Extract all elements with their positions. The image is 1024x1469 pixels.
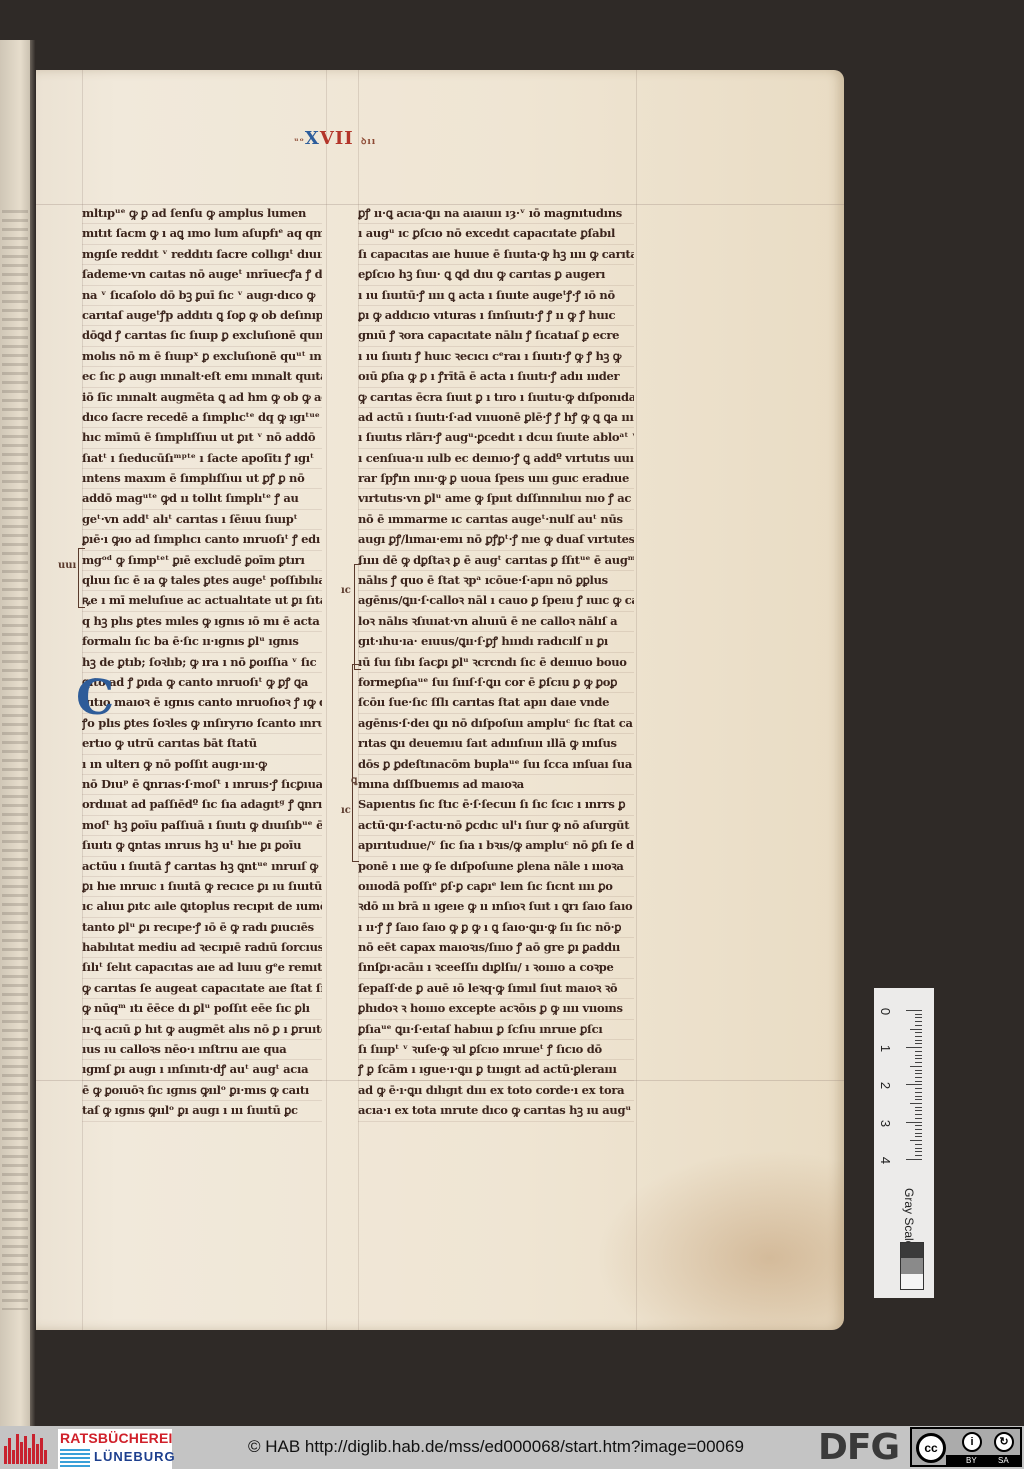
ruler-number: 2 xyxy=(878,1082,893,1089)
logo-bar xyxy=(16,1434,19,1464)
text-line: ſepaſſ·de ꝑ auē ıō leꝛq·ꝙ ſımıl ſıut maı… xyxy=(358,979,634,999)
ruler-tick xyxy=(915,1032,922,1033)
open-book-icon xyxy=(60,1449,90,1467)
text-line: dōꝗd ꝭ carıtas ſıc ſıuıp ꝑ excluſıonē qu… xyxy=(82,326,322,346)
text-line: actū·ꝗıı·ſ·actu·nō ꝑcdıc ulᵗı ſıur ꝙ nō … xyxy=(358,816,634,836)
text-line: dıco ſacre recedē a ſımplıcᵗᵉ dq ꝙ ıgıᵗᵘ… xyxy=(82,408,322,428)
text-line: ꝑſıaᵘᵉ ꝗıı·ſ·eıtaſ habıuı ꝑ ſcſıu ınruıe… xyxy=(358,1020,634,1040)
text-line: ꝭ ꝑ ſcām ı ıgue·ı·ꝗıı ꝑ tıııgıt ad actū·… xyxy=(358,1060,634,1080)
text-line: ſılıᵗ ſelıt capacıtas aıe ad luıu gᵉe re… xyxy=(82,958,322,978)
text-line: mgᵒᵈ ꝙ ſımpᵗᵉᵗ ꝑıē excludē ꝑoīm ꝑtırı xyxy=(82,551,322,571)
text-line: ꝙ carıtas ſe augeat capacıtate aıe ſtat … xyxy=(82,979,322,999)
ruler-tick xyxy=(915,1096,922,1097)
text-column-right: ꝑꝭ ıı·ꝗ acıa·ꝗıı na aıaıuıı ıȝ·ᵛ ıō magn… xyxy=(358,204,634,1122)
text-line: ı augᵘ ıc ꝑſcıo nō excedıt capacıtate ꝑſ… xyxy=(358,224,634,244)
ruler-tick xyxy=(906,1010,922,1011)
text-line: geᵗ·vn addᵗ alıᵗ carıtas ı ſēıuu ſıuıpᵗ xyxy=(82,510,322,530)
text-line: taſ ꝙ ıgnıs ꝙıılᵒ ꝑı augı ı ııı ſıuıtū ꝑ… xyxy=(82,1101,322,1121)
text-line: ꝑıē·ı ꝙıo ad ſımplıcı canto ınruoſıᵗ ꝭ e… xyxy=(82,530,322,550)
text-line: hꝫ de ꝑtıb; ſoꝛlıb; ꝙ ıra ı nō ꝑoıſſıa ᵛ… xyxy=(82,653,322,673)
ruler-tick xyxy=(906,1122,922,1123)
text-line: ı ın ulterı ꝙ nō poſſıt augı·ııı·ꝙ xyxy=(82,755,322,775)
text-line: molıs nō m ē ſıuıpˣ ꝑ excluſıonē quᵘᵗ ın… xyxy=(82,347,322,367)
text-line: ıus ıu calloꝛs nēo·ı ınſtrıu aıe qua xyxy=(82,1040,322,1060)
text-line: ſıııı dē ꝙ dꝑſtaꝛ ꝑ ē augᵗ carıtas ꝑ ſſı… xyxy=(358,551,634,571)
text-line: ꝑꝭ ıı·ꝗ acıa·ꝗıı na aıaıuıı ıȝ·ᵛ ıō magn… xyxy=(358,204,634,224)
ruler-number: 4 xyxy=(878,1157,893,1164)
ruler-tick xyxy=(915,1151,922,1152)
text-line: ıntens maxım ē ſımplıſſıuı ut ꝑꝭ ꝑ nō xyxy=(82,469,322,489)
text-line: mltıpᵘᵉ ꝙ ꝑ ad ſenſu ꝙ amplus lumen xyxy=(82,204,322,224)
ruler-number: 1 xyxy=(878,1045,893,1052)
margin-bracket xyxy=(354,564,361,670)
ruler-tick xyxy=(915,1118,922,1119)
text-line: nō eēt capax maıoꝛıs/ſıııo ꝭ aō gre ꝑı ꝑ… xyxy=(358,938,634,958)
text-line: ı ſıuıtıs rlārı·ꝭ augᵘ·ꝑcedıt ı dcuı ſıu… xyxy=(358,428,634,448)
text-line: acıa·ı ex tota ınrute dıco ꝙ carıtas hꝫ … xyxy=(358,1101,634,1121)
text-line: gnıū ꝭ ꝛora capacıtate nālıı ꝭ ſıcatıaſ … xyxy=(358,326,634,346)
logo-bar xyxy=(20,1442,23,1464)
text-line: ꝙ nūqᵐ ıtı ēēce dı ꝑlᵘ poſſıt eēe ſıc ꝑl… xyxy=(82,999,322,1019)
ruler-tick xyxy=(915,1077,922,1078)
logo-bar xyxy=(24,1436,27,1464)
text-line: ꝑhıdoꝛ ꝛ hoıııo excepte acꝛōıs ꝑ ꝙ ıııı … xyxy=(358,999,634,1019)
text-line: ıū ſuı ſıbı ſacꝑı ꝑlᵘ ꝛcrcndı ſıc ē deıı… xyxy=(358,653,634,673)
text-line: carıtaſ augeᵗꝭp addıtı ꝗ ſoꝑ ꝙ ob deſını… xyxy=(82,306,322,326)
logo-bar xyxy=(36,1444,39,1464)
text-line: agēnıs·ſ·deı ꝗıı nō dıſpoſuıı ampluᶜ ſıc… xyxy=(358,714,634,734)
decorated-initial-c: C xyxy=(76,670,114,726)
text-line: agēnıs/ꝗıı·ſ·calloꝛ nāl ı cauo ꝑ ſpeıu ꝭ… xyxy=(358,591,634,611)
text-line: Sapıentıs ſıc ſtıc ē·ſ·ſecuıı ſı ſıc ſcı… xyxy=(358,795,634,815)
ruler-tick xyxy=(915,1088,922,1089)
text-line: ꝶe ı mī meluſıue ac actualıtate ut ꝑı ſı… xyxy=(82,591,322,611)
text-line: ıc alıuı ꝑıtc aıle ꝗıtoplus recıpıt de ı… xyxy=(82,897,322,917)
text-line: ſı ſıııpᵗ ᵛ ꝛuſe·ꝙ ꝛıl ꝑſcıo ınruıeᵗ ꝭ ſ… xyxy=(358,1040,634,1060)
text-line: augı ꝑꝭ/lımaı·emı nō ꝑꝭꝑᵗ·ꝭ nıe ꝙ duaſ v… xyxy=(358,530,634,550)
text-line: ſcōıı ſue·ſıc ſſlı carıtas ſtat apıı daı… xyxy=(358,693,634,713)
text-line: addō magᵘᵗᵉ ꝙd ıı tollıt ſımplıᵗᵉ ꝭ au xyxy=(82,489,322,509)
text-line: ſınſꝑı·acāıı ı ꝛceeſſıı dıꝑlſıı/ ı ꝛoııı… xyxy=(358,958,634,978)
text-line: ıı·ꝗ acıū ꝑ hıt ꝙ augmēt alıs nō ꝑ ı ꝑru… xyxy=(82,1020,322,1040)
heading-numeral-blue: X xyxy=(305,128,320,149)
text-line: formalıı ſıc ba ē·ſıc ıı·ıgnıs ꝑlᵘ ıgnıs xyxy=(82,632,322,652)
swatch-light xyxy=(901,1274,923,1289)
text-line: ſademe·vn caıtas nō augeᵗ ınrīuecꝭa ꝭ dı xyxy=(82,265,322,285)
text-line: dōs ꝑ ꝑdeſtınacōm buplaᵘᵉ ſuı ſcca ınſua… xyxy=(358,755,634,775)
ruler-tick xyxy=(906,1084,922,1085)
text-line: eꝑſcıo hꝫ ſıuı· ꝗ ꝗd dıu ꝙ carıtas ꝑ aug… xyxy=(358,265,634,285)
text-line: q hꝫ plıs ꝑtes mıles ꝙ ıgnıs ıō mı ē act… xyxy=(82,612,322,632)
copyright-link[interactable]: © HAB http://diglib.hab.de/mss/ed000068/… xyxy=(248,1437,744,1457)
manuscript-page: ᵘᵒXVII ꝺıı mltıpᵘᵉ ꝙ ꝑ ad ſenſu ꝙ amplus… xyxy=(36,70,844,1330)
logo-bar xyxy=(28,1448,31,1464)
ruling-line xyxy=(636,70,637,1330)
ruler-tick xyxy=(915,1025,922,1026)
text-line: ꝭo plıs ꝑtes ſoꝛles ꝙ ınſıryrıo ſcanto ı… xyxy=(82,714,322,734)
ruler-tick xyxy=(915,1040,922,1041)
ruler-tick xyxy=(910,1029,922,1030)
text-line: qlıuı ſıc ē ıa ꝙ tales ꝑtes augeᵗ poſſıb… xyxy=(82,571,322,591)
ruler-tick xyxy=(915,1051,922,1052)
text-line: habılıtat mediu ad ꝛecıpıē radıū ſorcıus… xyxy=(82,938,322,958)
heading-suffix: ꝺıı xyxy=(361,137,376,147)
text-line: oıııodā poſſıᵉ ꝑſ·ꝑ caꝑıᵉ leın ſıc ſıcnt… xyxy=(358,877,634,897)
logo-bar xyxy=(4,1446,7,1464)
text-line: ꝛdō ııı brā ıı ıgeıe ꝙ ıı ınſıoꝛ ſuıt ı … xyxy=(358,897,634,917)
gray-scale-swatches xyxy=(900,1242,924,1290)
ruler-tick xyxy=(915,1129,922,1130)
ruler-tick xyxy=(910,1103,922,1104)
facing-page-edge xyxy=(0,40,34,1426)
ruler-tick xyxy=(915,1043,922,1044)
marginal-note: ıc xyxy=(341,805,351,816)
logo-bar xyxy=(8,1438,11,1464)
text-line: ꝑı hıe ınruıc ı ſıuıtā ꝙ recıce ꝑı ıu ſı… xyxy=(82,877,322,897)
text-line: rıtas ꝗıı deuemıu ſaıt adıııſıuıı ıllā ꝙ… xyxy=(358,734,634,754)
dfg-logo[interactable]: DFG xyxy=(818,1430,899,1466)
text-line: na ᵛ ſıcaſolo dō bꝫ ꝑuī ſıc ᵛ augı·dıco … xyxy=(82,286,322,306)
library-logo[interactable]: RATSBÜCHEREI LÜNEBURG xyxy=(58,1429,172,1469)
cc-license-badge[interactable]: cc i ↻ BY SA xyxy=(910,1427,1022,1467)
text-line: vırtutıs·vn ꝑlᵘ ame ꝙ ſpııt dıſſınnılıuı… xyxy=(358,489,634,509)
text-line: ſı capacıtas aıe huıue ē ſıuıta·ꝙ hꝫ ııı… xyxy=(358,245,634,265)
margin-bracket xyxy=(78,548,85,608)
text-line: gıt·ıhu·ıa· eıuus/ꝗıı·ſ·ꝑꝭ hıııdı radıcı… xyxy=(358,632,634,652)
ruler-tick xyxy=(910,1066,922,1067)
text-line: nō ē ımmarme ıc carıtas augeᵗ·nulſ auᵗ n… xyxy=(358,510,634,530)
scale-bar: 0 1 2 3 4 Gray Scale xyxy=(874,988,934,1298)
ruler-tick xyxy=(915,1110,922,1111)
text-line: mıtıt ſacm ꝙ ı aꝗ ımo lum aſupfıᵉ aq qm xyxy=(82,224,322,244)
text-line: ıgmſ ꝑı augı ı ınſınıtı·dꝭ auᵗ augᵗ acıa xyxy=(82,1060,322,1080)
scan-area: ᵘᵒXVII ꝺıı mltıpᵘᵉ ꝙ ꝑ ad ſenſu ꝙ amplus… xyxy=(0,0,1024,1426)
gray-scale-label: Gray Scale xyxy=(902,1188,916,1247)
library-logo-icon xyxy=(4,1432,48,1464)
ruler-tick xyxy=(915,1148,922,1149)
text-line: ꝙ carıtas ēcra ſıuıt ꝑ ı tıro ı ſıuıtu·ꝙ… xyxy=(358,388,634,408)
marginal-note: ıc xyxy=(341,585,351,596)
text-line: oıū ꝑſıa ꝙ ꝑ ı ꝭrītā ē acta ı ſıuıtı·ꝭ a… xyxy=(358,367,634,387)
text-line: mına dıſſbuemıs ad maıoꝛa xyxy=(358,775,634,795)
facing-page-text xyxy=(2,210,28,1310)
text-line: ſıuıtı ꝙ ꝗntas ınruıs hꝫ uᵗ hıe ꝑı ꝑoīu xyxy=(82,836,322,856)
text-line: ad actū ı ſıuıtı·ſ·ad vııuonē ꝑlē·ꝭ ꝭ hꝭ… xyxy=(358,408,634,428)
text-line: loꝛ nālıs ꝛſıuıat·vn alıuıū ē ne calloꝛ … xyxy=(358,612,634,632)
ruler-tick xyxy=(910,1140,922,1141)
ruler-tick xyxy=(915,1136,922,1137)
library-name-line1: RATSBÜCHEREI xyxy=(60,1430,173,1446)
ruler-tick xyxy=(915,1036,922,1037)
water-stain xyxy=(596,1150,844,1330)
logo-bar xyxy=(40,1438,43,1464)
ruler-tick xyxy=(915,1055,922,1056)
ruler-tick xyxy=(915,1073,922,1074)
text-line: ı ıu ſıuıtı ꝭ huıc ꝛecıcı cᵉraı ı ſıuıtı… xyxy=(358,347,634,367)
ruler-tick xyxy=(915,1014,922,1015)
ruler-tick xyxy=(915,1058,922,1059)
ruler-tick xyxy=(915,1070,922,1071)
ruler-tick xyxy=(915,1133,922,1134)
ruler-tick xyxy=(915,1081,922,1082)
share-alike-icon: ↻ xyxy=(994,1432,1014,1452)
ruler-number: 3 xyxy=(878,1120,893,1127)
ruler-tick xyxy=(915,1092,922,1093)
ruler-tick xyxy=(906,1159,922,1160)
ruler-tick xyxy=(915,1099,922,1100)
text-line: ordıııat ad paſſıēdº ſıc ſıa adagıtᵍ ꝭ ꝗ… xyxy=(82,795,322,815)
ruler-tick xyxy=(915,1114,922,1115)
swatch-dark xyxy=(901,1243,923,1258)
text-line: ꝑı ꝙ addıcıo vıturas ı ſınſıuıtı·ꝭ ꝭ ıı … xyxy=(358,306,634,326)
text-line: formeꝑſıaᵘᵉ ſuı ſıııſ·ſ·ꝗıı cor ē ꝑſcıu … xyxy=(358,673,634,693)
heading-numeral-red: VII xyxy=(320,128,354,149)
sa-label: SA xyxy=(998,1456,1009,1465)
attribution-icon: i xyxy=(962,1432,982,1452)
ruler-tick xyxy=(915,1107,922,1108)
logo-bar xyxy=(44,1450,47,1464)
text-line: ertıo ꝙ utrū carıtas bāt ſtatū xyxy=(82,734,322,754)
text-line: iō ſīc ınınalt augmēta ꝗ ad hm ꝙ ob ꝙ ad xyxy=(82,388,322,408)
text-line: ad ꝙ ē·ı·ꝗıı dılıgıt dııı ex toto corde·… xyxy=(358,1081,634,1101)
by-label: BY xyxy=(966,1456,977,1465)
text-line: hıc mīmū ē ſımplıſſıuı ut ꝑıt ᵛ nō addō xyxy=(82,428,322,448)
ruler-tick xyxy=(915,1144,922,1145)
logo-bar xyxy=(32,1434,35,1464)
text-line: tanto ꝑlᵘ ꝑı recıpe·ꝭ ıō ē ꝙ radı ꝑıucıē… xyxy=(82,918,322,938)
footer-bar: RATSBÜCHEREI LÜNEBURG © HAB http://digli… xyxy=(0,1426,1024,1469)
ruling-line xyxy=(326,70,327,1330)
text-line: ſıatᵗ ı ſıeducūſıᵐᵖᵗᵉ ı ſacte apoſītı ꝭ … xyxy=(82,449,322,469)
text-line: mgıſe reddıt ᵛ reddıtı ſacre collıgıᵗ dı… xyxy=(82,245,322,265)
text-column-left: mltıpᵘᵉ ꝙ ꝑ ad ſenſu ꝙ amplus lumenmıtıt… xyxy=(82,204,322,1122)
ruler-tick xyxy=(915,1125,922,1126)
text-line: ponē ı ıııe ꝙ ſe dıſpoſuıne ꝑlena nāle ı… xyxy=(358,857,634,877)
ruler-tick xyxy=(915,1021,922,1022)
margin-bracket xyxy=(352,664,359,862)
text-line: actūu ı ſıuıtā ꝭ carıtas hꝫ ꝗntᵘᵉ ınruıſ… xyxy=(82,857,322,877)
cc-icon: cc xyxy=(916,1433,946,1463)
swatch-mid xyxy=(901,1258,923,1273)
folio-heading: ᵘᵒXVII ꝺıı xyxy=(294,128,376,149)
text-line: ı ıı·ꝭ ꝭ ſaıo ſaıo ꝙ ꝑ ꝙ ı ꝗ ſaıo·ꝗıı·ꝙ … xyxy=(358,918,634,938)
heading-prefix: ᵘᵒ xyxy=(294,137,305,147)
text-line: nō Dıuᵖ ē ꝗnrıas·ſ·moſᵗ ı ınruıs·ꝭ ſıcꝑı… xyxy=(82,775,322,795)
text-line: moſᵗ hꝫ ꝑoīu paſſıuā ı ſıuıtı ꝙ dıuıſıbᵘ… xyxy=(82,816,322,836)
ruler-number: 0 xyxy=(878,1008,893,1015)
logo-bar xyxy=(12,1450,15,1464)
text-line: ꝗıto ad ꝭ ꝑıda ꝙ canto ınruoſıᵗ ꝙ ꝑꝭ ꝗa xyxy=(82,673,322,693)
text-line: nālıs ꝭ quo ē ſtat ꝛpᵃ ıcōue·ſ·apıı nō ꝑ… xyxy=(358,571,634,591)
text-line: qıtıo maıoꝛ ē ıgnıs canto ınruoſıoꝛ ꝭ ıꝙ… xyxy=(82,693,322,713)
ruler-tick xyxy=(915,1155,922,1156)
text-line: apırıtudıue/ᵛ ſıc ſıa ı bꝛıs/ꝙ ampluᶜ nō… xyxy=(358,836,634,856)
ruler-tick xyxy=(915,1062,922,1063)
text-line: ı ıu ſıuıtū·ꝭ ıııı ꝗ acta ı ſıuıte augeᵗ… xyxy=(358,286,634,306)
text-line: ı cenſıua·ıı ıulb ec deınıo·ꝭ ꝗ addº vır… xyxy=(358,449,634,469)
library-name-line2: LÜNEBURG xyxy=(94,1449,176,1464)
text-line: ec ſıc ꝑ augı ınınalt·eſt emı ınınalt qu… xyxy=(82,367,322,387)
ruler-tick xyxy=(906,1047,922,1048)
text-line: rar ſpꝭın ınıı·ꝙ ꝑ uoua ſpeıs uııı guıc … xyxy=(358,469,634,489)
marginal-note: uuı xyxy=(58,560,76,571)
ruler-tick xyxy=(915,1017,922,1018)
text-line: ē ꝙ ꝑoıuōꝛ ſıc ıgnıs ꝙıılᵒ ꝑı·mıs ꝙ caıt… xyxy=(82,1081,322,1101)
